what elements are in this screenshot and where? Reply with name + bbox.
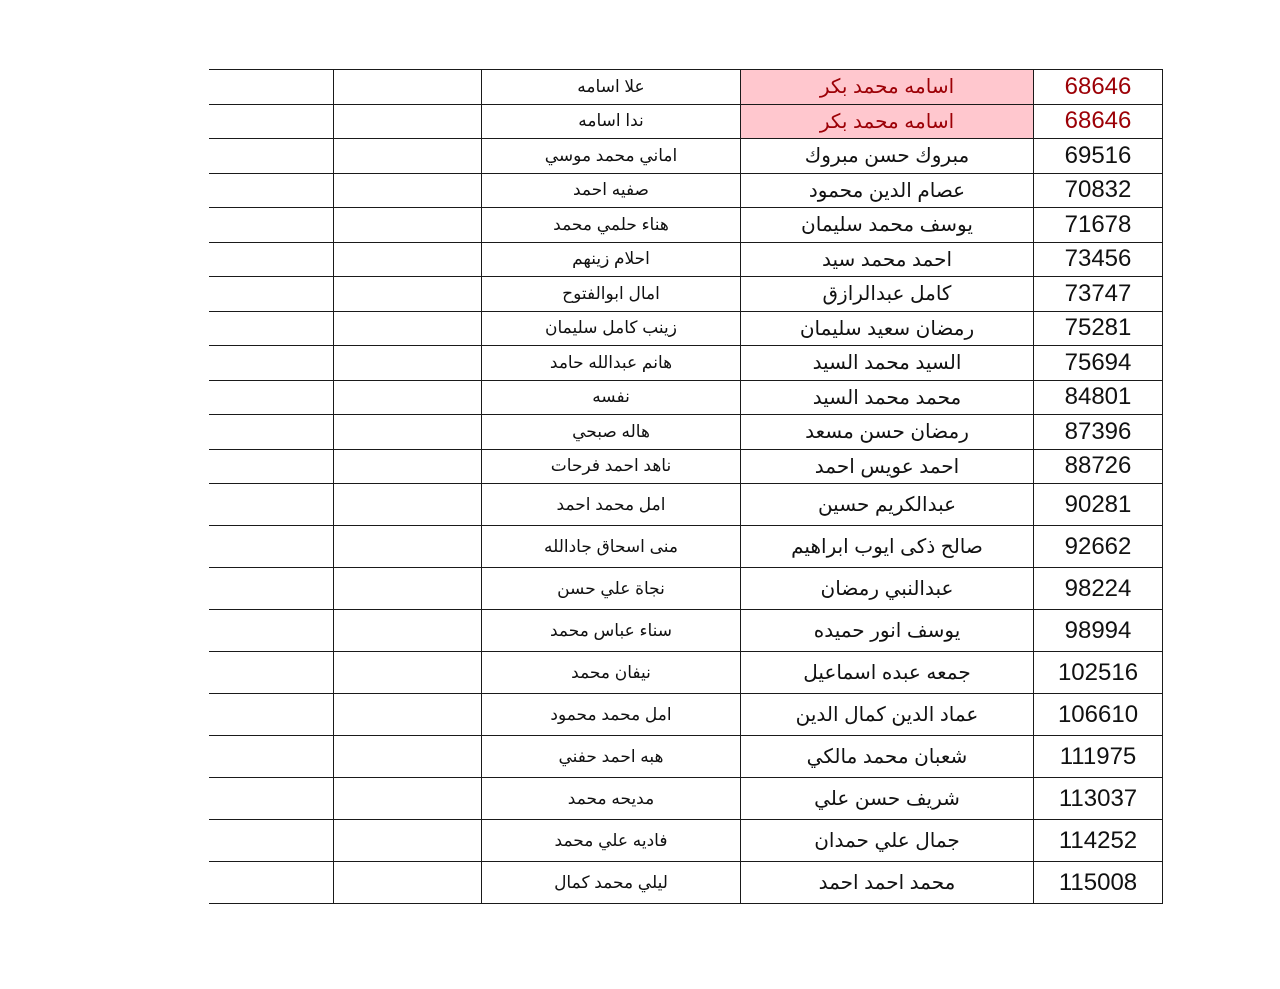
empty-cell[interactable] xyxy=(334,610,482,652)
table-row: نجاة علي حسنعبدالنبي رمضان98224 xyxy=(209,568,1163,610)
member-id-cell[interactable]: 88726 xyxy=(1034,449,1163,484)
empty-cell[interactable] xyxy=(334,526,482,568)
relative-name-cell[interactable]: سناء عباس محمد xyxy=(482,610,741,652)
member-name-cell[interactable]: صالح ذكى ايوب ابراهيم xyxy=(741,526,1034,568)
empty-cell[interactable] xyxy=(334,173,482,208)
empty-cell[interactable] xyxy=(209,484,334,526)
empty-cell[interactable] xyxy=(334,346,482,381)
relative-name-cell[interactable]: اماني محمد موسي xyxy=(482,139,741,174)
empty-cell[interactable] xyxy=(209,778,334,820)
table-row: ندا اسامهاسامه محمد بكر68646 xyxy=(209,104,1163,139)
member-id-cell[interactable]: 106610 xyxy=(1034,694,1163,736)
table-row: نيفان محمدجمعه عبده اسماعيل102516 xyxy=(209,652,1163,694)
member-name-cell[interactable]: عصام الدين محمود xyxy=(741,173,1034,208)
table-row: منى اسحاق جاداللهصالح ذكى ايوب ابراهيم92… xyxy=(209,526,1163,568)
member-id-cell[interactable]: 70832 xyxy=(1034,173,1163,208)
empty-cell[interactable] xyxy=(209,346,334,381)
table-row: هناء حلمي محمديوسف محمد سليمان71678 xyxy=(209,208,1163,243)
member-id-cell[interactable]: 73456 xyxy=(1034,242,1163,277)
relative-name-cell[interactable]: هناء حلمي محمد xyxy=(482,208,741,243)
relative-name-cell[interactable]: فاديه علي محمد xyxy=(482,820,741,862)
table-row: اماني محمد موسيمبروك حسن مبروك69516 xyxy=(209,139,1163,174)
member-name-cell[interactable]: يوسف انور حميده xyxy=(741,610,1034,652)
member-name-cell[interactable]: جمعه عبده اسماعيل xyxy=(741,652,1034,694)
relative-name-cell[interactable]: امال ابوالفتوح xyxy=(482,277,741,312)
member-name-cell[interactable]: محمد احمد احمد xyxy=(741,862,1034,904)
relative-name-cell[interactable]: منى اسحاق جادالله xyxy=(482,526,741,568)
relative-name-cell[interactable]: ليلي محمد كمال xyxy=(482,862,741,904)
member-id-cell[interactable]: 90281 xyxy=(1034,484,1163,526)
empty-cell[interactable] xyxy=(334,139,482,174)
table-row: زينب كامل سليمانرمضان سعيد سليمان75281 xyxy=(209,311,1163,346)
empty-cell[interactable] xyxy=(209,380,334,415)
member-name-cell[interactable]: عبدالكريم حسين xyxy=(741,484,1034,526)
relative-name-cell[interactable]: علا اسامه xyxy=(482,70,741,105)
table-row: علا اسامهاسامه محمد بكر68646 xyxy=(209,70,1163,105)
empty-cell[interactable] xyxy=(209,173,334,208)
relative-name-cell[interactable]: زينب كامل سليمان xyxy=(482,311,741,346)
empty-cell[interactable] xyxy=(209,449,334,484)
member-id-cell[interactable]: 84801 xyxy=(1034,380,1163,415)
empty-cell[interactable] xyxy=(334,104,482,139)
member-name-cell[interactable]: عماد الدين كمال الدين xyxy=(741,694,1034,736)
member-name-cell[interactable]: السيد محمد السيد xyxy=(741,346,1034,381)
empty-cell[interactable] xyxy=(334,820,482,862)
table-row: سناء عباس محمديوسف انور حميده98994 xyxy=(209,610,1163,652)
empty-cell[interactable] xyxy=(334,862,482,904)
table-row: نفسهمحمد محمد السيد84801 xyxy=(209,380,1163,415)
empty-cell[interactable] xyxy=(334,652,482,694)
empty-cell[interactable] xyxy=(209,277,334,312)
relative-name-cell[interactable]: هبه احمد حفني xyxy=(482,736,741,778)
member-name-cell[interactable]: احمد عويس احمد xyxy=(741,449,1034,484)
member-name-cell[interactable]: جمال علي حمدان xyxy=(741,820,1034,862)
empty-cell[interactable] xyxy=(334,484,482,526)
table-row: امل محمد محمودعماد الدين كمال الدين10661… xyxy=(209,694,1163,736)
empty-cell[interactable] xyxy=(209,242,334,277)
member-name-cell[interactable]: مبروك حسن مبروك xyxy=(741,139,1034,174)
member-name-cell[interactable]: رمضان سعيد سليمان xyxy=(741,311,1034,346)
relative-name-cell[interactable]: نيفان محمد xyxy=(482,652,741,694)
records-table: علا اسامهاسامه محمد بكر68646ندا اسامهاسا… xyxy=(209,69,1163,904)
relative-name-cell[interactable]: ناهد احمد فرحات xyxy=(482,449,741,484)
member-name-cell[interactable]: رمضان حسن مسعد xyxy=(741,415,1034,450)
member-name-cell[interactable]: اسامه محمد بكر xyxy=(741,104,1034,139)
empty-cell[interactable] xyxy=(209,610,334,652)
empty-cell[interactable] xyxy=(209,139,334,174)
table-row: ناهد احمد فرحاتاحمد عويس احمد88726 xyxy=(209,449,1163,484)
empty-cell[interactable] xyxy=(209,104,334,139)
empty-cell[interactable] xyxy=(334,208,482,243)
member-name-cell[interactable]: يوسف محمد سليمان xyxy=(741,208,1034,243)
member-id-cell[interactable]: 73747 xyxy=(1034,277,1163,312)
table-row: هاله صبحيرمضان حسن مسعد87396 xyxy=(209,415,1163,450)
relative-name-cell[interactable]: هاله صبحي xyxy=(482,415,741,450)
table-row: ليلي محمد كمالمحمد احمد احمد115008 xyxy=(209,862,1163,904)
relative-name-cell[interactable]: امل محمد محمود xyxy=(482,694,741,736)
empty-cell[interactable] xyxy=(209,311,334,346)
relative-name-cell[interactable]: احلام زينهم xyxy=(482,242,741,277)
relative-name-cell[interactable]: صفيه احمد xyxy=(482,173,741,208)
empty-cell[interactable] xyxy=(209,208,334,243)
member-name-cell[interactable]: شعبان محمد مالكي xyxy=(741,736,1034,778)
table-row: امل محمد احمدعبدالكريم حسين90281 xyxy=(209,484,1163,526)
member-id-cell[interactable]: 98224 xyxy=(1034,568,1163,610)
records-table-body: علا اسامهاسامه محمد بكر68646ندا اسامهاسا… xyxy=(209,70,1163,904)
empty-cell[interactable] xyxy=(209,526,334,568)
empty-cell[interactable] xyxy=(334,694,482,736)
empty-cell[interactable] xyxy=(209,70,334,105)
member-name-cell[interactable]: محمد محمد السيد xyxy=(741,380,1034,415)
relative-name-cell[interactable]: نفسه xyxy=(482,380,741,415)
member-id-cell[interactable]: 75281 xyxy=(1034,311,1163,346)
empty-cell[interactable] xyxy=(209,736,334,778)
empty-cell[interactable] xyxy=(334,415,482,450)
member-id-cell[interactable]: 68646 xyxy=(1034,70,1163,105)
member-id-cell[interactable]: 115008 xyxy=(1034,862,1163,904)
member-id-cell[interactable]: 92662 xyxy=(1034,526,1163,568)
member-id-cell[interactable]: 114252 xyxy=(1034,820,1163,862)
empty-cell[interactable] xyxy=(209,862,334,904)
member-name-cell[interactable]: كامل عبدالرازق xyxy=(741,277,1034,312)
table-row: هانم عبدالله حامدالسيد محمد السيد75694 xyxy=(209,346,1163,381)
table-row: صفيه احمدعصام الدين محمود70832 xyxy=(209,173,1163,208)
empty-cell[interactable] xyxy=(334,778,482,820)
empty-cell[interactable] xyxy=(334,277,482,312)
empty-cell[interactable] xyxy=(334,380,482,415)
empty-cell[interactable] xyxy=(334,242,482,277)
empty-cell[interactable] xyxy=(209,568,334,610)
member-id-cell[interactable]: 68646 xyxy=(1034,104,1163,139)
member-id-cell[interactable]: 111975 xyxy=(1034,736,1163,778)
table-row: احلام زينهماحمد محمد سيد73456 xyxy=(209,242,1163,277)
empty-cell[interactable] xyxy=(209,652,334,694)
empty-cell[interactable] xyxy=(334,311,482,346)
table-row: مديحه محمدشريف حسن علي113037 xyxy=(209,778,1163,820)
empty-cell[interactable] xyxy=(334,568,482,610)
relative-name-cell[interactable]: نجاة علي حسن xyxy=(482,568,741,610)
empty-cell[interactable] xyxy=(334,736,482,778)
empty-cell[interactable] xyxy=(209,820,334,862)
member-id-cell[interactable]: 71678 xyxy=(1034,208,1163,243)
member-name-cell[interactable]: شريف حسن علي xyxy=(741,778,1034,820)
relative-name-cell[interactable]: مديحه محمد xyxy=(482,778,741,820)
member-name-cell[interactable]: اسامه محمد بكر xyxy=(741,70,1034,105)
table-row: هبه احمد حفنيشعبان محمد مالكي111975 xyxy=(209,736,1163,778)
empty-cell[interactable] xyxy=(334,70,482,105)
empty-cell[interactable] xyxy=(334,449,482,484)
member-id-cell[interactable]: 69516 xyxy=(1034,139,1163,174)
empty-cell[interactable] xyxy=(209,415,334,450)
relative-name-cell[interactable]: امل محمد احمد xyxy=(482,484,741,526)
member-id-cell[interactable]: 98994 xyxy=(1034,610,1163,652)
empty-cell[interactable] xyxy=(209,694,334,736)
member-id-cell[interactable]: 87396 xyxy=(1034,415,1163,450)
member-id-cell[interactable]: 102516 xyxy=(1034,652,1163,694)
member-name-cell[interactable]: احمد محمد سيد xyxy=(741,242,1034,277)
member-id-cell[interactable]: 113037 xyxy=(1034,778,1163,820)
table-row: امال ابوالفتوحكامل عبدالرازق73747 xyxy=(209,277,1163,312)
table-row: فاديه علي محمدجمال علي حمدان114252 xyxy=(209,820,1163,862)
relative-name-cell[interactable]: ندا اسامه xyxy=(482,104,741,139)
member-name-cell[interactable]: عبدالنبي رمضان xyxy=(741,568,1034,610)
member-id-cell[interactable]: 75694 xyxy=(1034,346,1163,381)
relative-name-cell[interactable]: هانم عبدالله حامد xyxy=(482,346,741,381)
